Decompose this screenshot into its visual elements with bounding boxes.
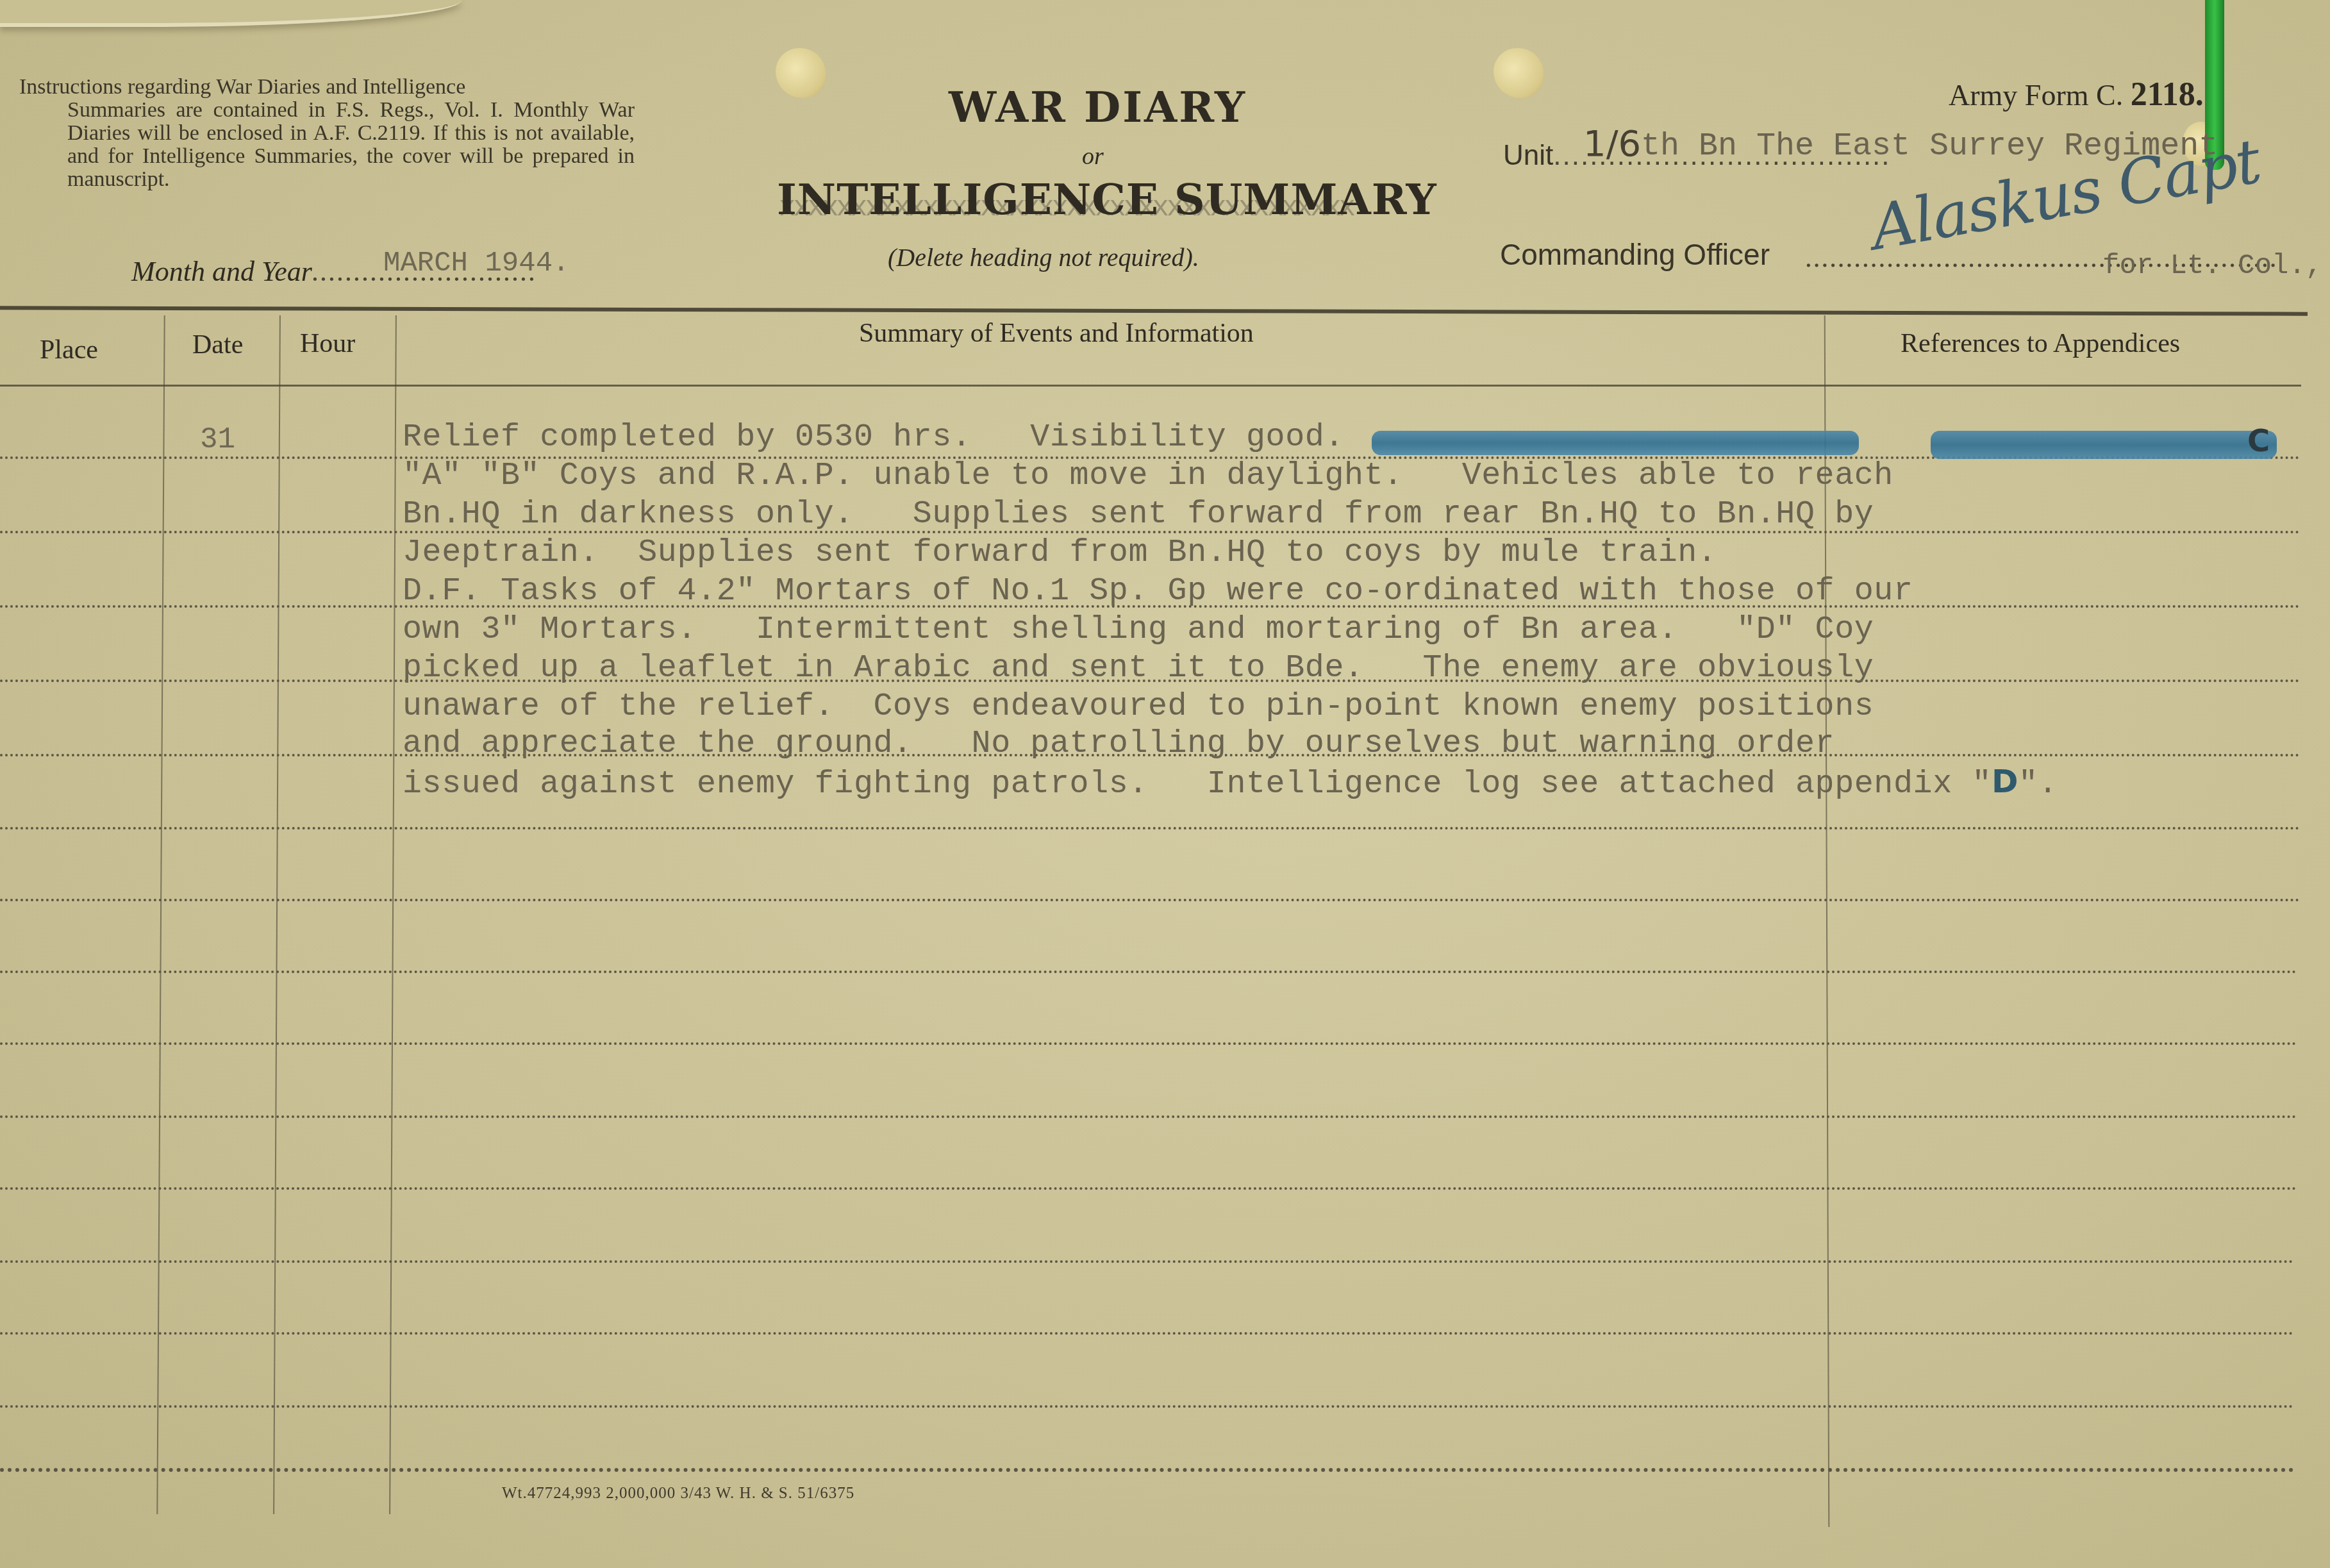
appendix-reference: C — [2247, 423, 2270, 459]
printer-imprint: Wt.47724,993 2,000,000 3/43 W. H. & S. 5… — [502, 1485, 854, 1503]
row-line — [0, 1260, 2295, 1263]
row-line — [0, 1332, 2295, 1335]
summary-line-5: D.F. Tasks of 4.2" Mortars of No.1 Sp. G… — [403, 573, 1913, 610]
column-header-summary: Summary of Events and Information — [859, 318, 1254, 349]
column-header-place: Place — [40, 335, 98, 365]
row-line — [0, 1405, 2295, 1408]
row-line — [0, 1042, 2298, 1045]
appendix-letter-handwritten: D — [1992, 763, 2018, 800]
summary-line-6: own 3" Mortars. Intermittent shelling an… — [403, 612, 1874, 648]
row-line-bottom — [0, 1468, 2295, 1472]
army-form-code: 2118. — [2131, 76, 2204, 113]
unit-label-text: Unit — [1503, 140, 1553, 171]
header-bottom-rule — [0, 385, 2301, 387]
title-war-diary: WAR DIARY — [949, 82, 1247, 132]
row-line — [0, 1187, 2298, 1190]
summary-line-8: unaware of the relief. Coys endeavoured … — [403, 688, 1874, 725]
title-intelligence-summary: INTELLIGENCE SUMMARY — [777, 174, 1437, 224]
instructions-text: Summaries are contained in F.S. Regs., V… — [19, 99, 635, 191]
summary-line-3: Bn.HQ in darkness only. Supplies sent fo… — [403, 496, 1874, 533]
summary-line-9: and appreciate the ground. No patrolling… — [403, 726, 1835, 762]
column-header-references: References to Appendices — [1901, 328, 2180, 359]
summary-line-10-text: issued against enemy fighting patrols. I… — [403, 766, 1992, 803]
column-header-date: Date — [192, 329, 243, 360]
summary-line-4: Jeeptrain. Supplies sent forward from Bn… — [403, 535, 1717, 571]
row-line — [0, 971, 2298, 973]
unit-handwritten-prefix: 1/6 — [1583, 123, 1641, 165]
blue-crayon-strikeout — [1372, 431, 1859, 455]
appendix-suffix: ". — [2018, 766, 2058, 803]
month-year-label: Month and Year — [131, 256, 312, 287]
commanding-officer-rank: for Lt. Col., — [2102, 250, 2322, 282]
month-year-value: MARCH 1944. — [383, 247, 569, 279]
title-or: or — [1082, 142, 1104, 171]
summary-line-10: issued against enemy fighting patrols. I… — [403, 763, 2058, 803]
title-note: (Delete heading not required). — [888, 242, 1199, 272]
blue-crayon-strikeout-reference — [1931, 431, 2277, 459]
summary-line-2: "A" "B" Coys and R.A.P. unable to move i… — [403, 458, 1893, 494]
instructions-first-line: Instructions regarding War Diaries and I… — [19, 75, 465, 99]
row-line — [0, 827, 2301, 830]
column-header-hour: Hour — [300, 328, 355, 359]
summary-line-1: Relief completed by 0530 hrs. Visibility… — [403, 419, 1383, 456]
row-line — [0, 899, 2301, 901]
entry-date: 31 — [200, 423, 235, 456]
army-form-label: Army Form C. — [1949, 79, 2123, 112]
instructions-block: Instructions regarding War Diaries and I… — [19, 76, 635, 191]
commanding-officer-label: Commanding Officer — [1500, 237, 1770, 272]
army-form-number: Army Form C. 2118. — [1949, 76, 2204, 113]
summary-line-7: picked up a leaflet in Arabic and sent i… — [403, 650, 1874, 687]
row-line — [0, 1115, 2298, 1118]
